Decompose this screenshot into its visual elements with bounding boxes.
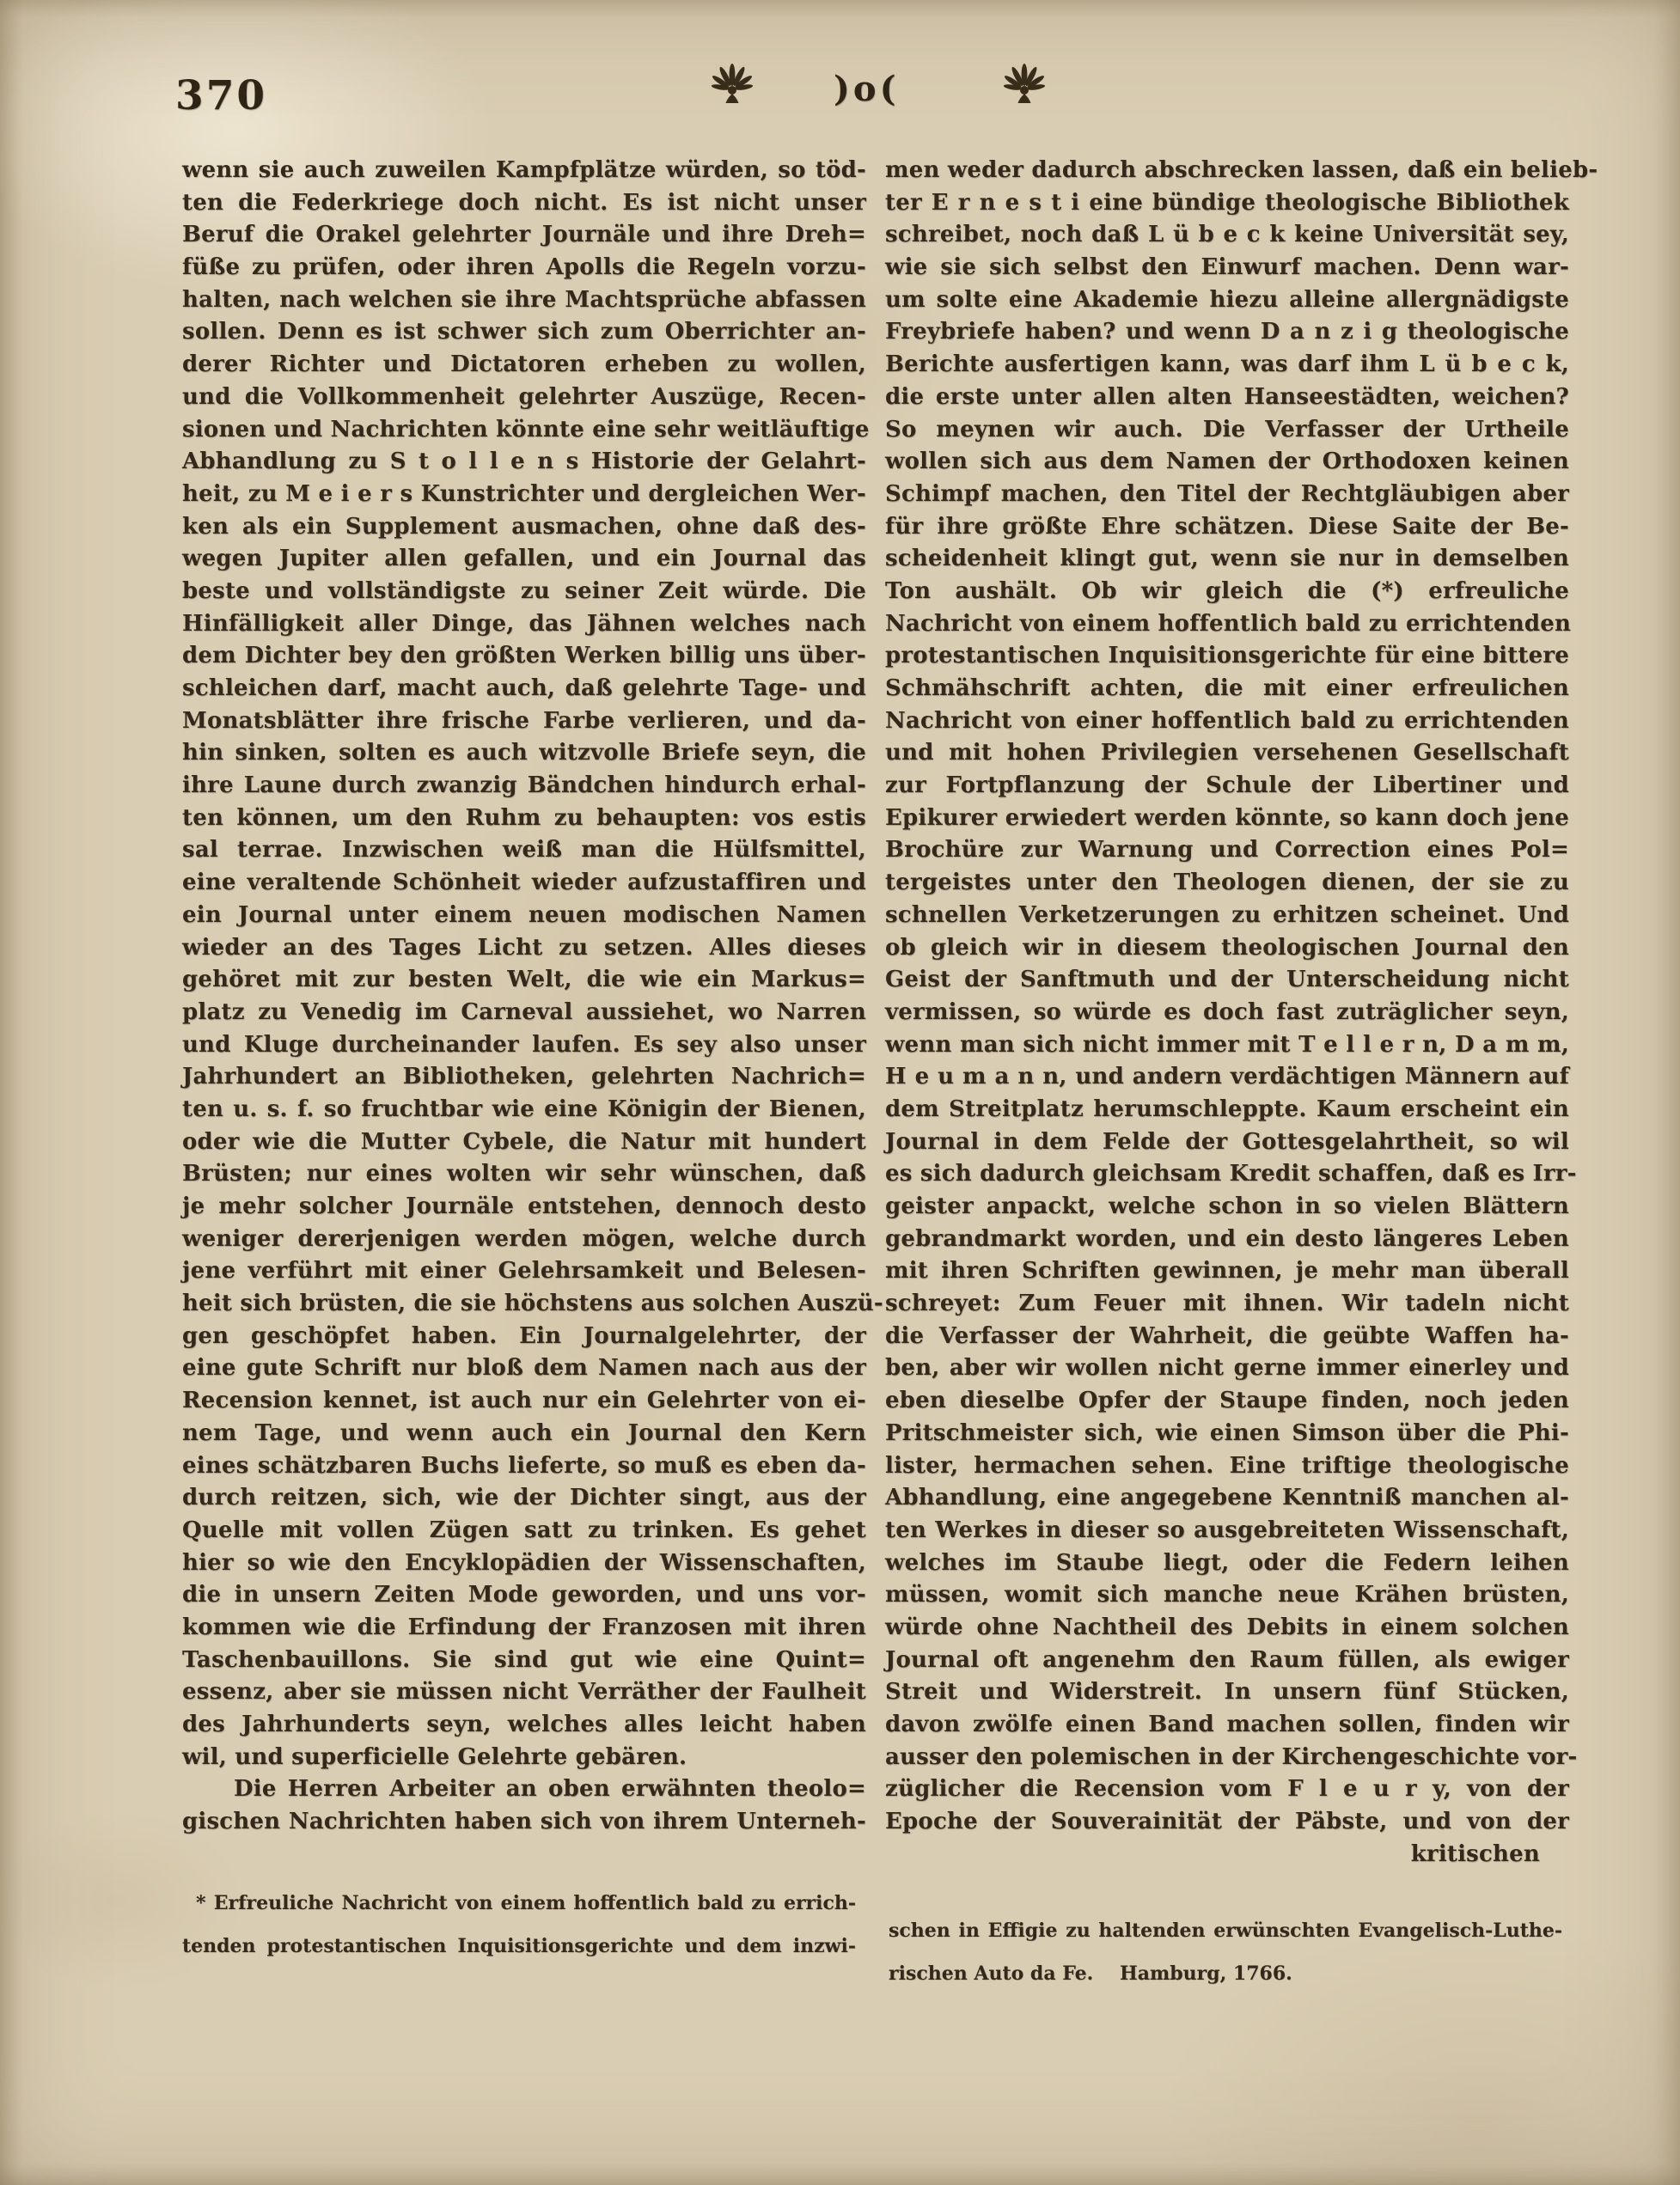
text-line: Hinfälligkeit aller Dinge, das Jähnen we… — [182, 608, 866, 641]
text-line: züglicher die Recension vom F l e u r y,… — [885, 1773, 1569, 1806]
text-line: würde ohne Nachtheil des Debits in einem… — [885, 1612, 1569, 1645]
text-line: kritischen — [885, 1839, 1569, 1871]
text-line: Jahrhundert an Bibliotheken, gelehrten N… — [182, 1061, 866, 1094]
text-line: für ihre größte Ehre schätzen. Diese Sai… — [885, 511, 1569, 544]
text-line: Berichte ausfertigen kann, was darf ihm … — [885, 349, 1569, 381]
text-line: eines schätzbaren Buchs lieferte, so muß… — [182, 1450, 866, 1483]
text-line: nem Tage, und wenn auch ein Journal den … — [182, 1418, 866, 1450]
text-line: Nachricht von einer hoffentlich bald zu … — [885, 705, 1569, 738]
text-line: die erste unter allen alten Hanseestädte… — [885, 381, 1569, 414]
text-line: zur Fortpflanzung der Schule der Liberti… — [885, 770, 1569, 803]
text-line: wenn sie auch zuweilen Kampfplätze würde… — [182, 155, 866, 187]
text-line: die in unsern Zeiten Mode geworden, und … — [182, 1579, 866, 1612]
text-line: ten Werkes in dieser so ausgebreiteten W… — [885, 1515, 1569, 1547]
shell-ornament-icon — [1002, 62, 1047, 107]
text-line: hin sinken, solten es auch witzvolle Bri… — [182, 737, 866, 770]
text-line: Epoche der Souverainität der Päbste, und… — [885, 1806, 1569, 1839]
footnote-left-column: * Erfreuliche Nachricht von einem hoffen… — [182, 1882, 856, 1968]
text-line: Geist der Sanftmuth und der Unterscheidu… — [885, 964, 1569, 997]
footnote-right-column: schen in Effigie zu haltenden erwünschte… — [889, 1909, 1562, 1995]
text-line: Brochüre zur Warnung und Correction eine… — [885, 834, 1569, 867]
text-line: die Verfasser der Wahrheit, die geübte W… — [885, 1321, 1569, 1353]
text-line: vermissen, so würde es doch fast zuträgl… — [885, 997, 1569, 1029]
text-line: ben, aber wir wollen nicht gerne immer e… — [885, 1352, 1569, 1385]
text-line: platz zu Venedig im Carneval aussiehet, … — [182, 997, 866, 1029]
text-line: welches im Staube liegt, oder die Federn… — [885, 1547, 1569, 1580]
text-line: geister anpackt, welche schon in so viel… — [885, 1191, 1569, 1224]
text-line: um solte eine Akademie hiezu alleine all… — [885, 284, 1569, 317]
text-line: ihre Laune durch zwanzig Bändchen hindur… — [182, 770, 866, 803]
text-line: wieder an des Tages Licht zu setzen. All… — [182, 932, 866, 965]
text-line: Ton aushält. Ob wir gleich die (*) erfre… — [885, 576, 1569, 608]
text-line: wie sie sich selbst den Einwurf machen. … — [885, 252, 1569, 284]
text-line: kommen wie die Erfindung der Franzosen m… — [182, 1612, 866, 1645]
header-divider-ornament: )o( — [834, 69, 900, 109]
shell-ornament-icon — [710, 62, 754, 107]
text-line: H e u m a n n, und andern verdächtigen M… — [885, 1061, 1569, 1094]
text-line: und die Vollkommenheit gelehrter Auszüge… — [182, 381, 866, 414]
text-line: Journal in dem Felde der Gottesgelahrthe… — [885, 1126, 1569, 1159]
text-line: halten, nach welchen sie ihre Machtsprüc… — [182, 284, 866, 317]
text-line: heit sich brüsten, die sie höchstens aus… — [182, 1288, 866, 1321]
text-line: gen geschöpfet haben. Ein Journalgelehrt… — [182, 1321, 866, 1353]
text-line: sollen. Denn es ist schwer sich zum Ober… — [182, 316, 866, 349]
text-line: ten die Federkriege doch nicht. Es ist n… — [182, 187, 866, 220]
text-line: Monatsblätter ihre frische Farbe verlier… — [182, 705, 866, 738]
text-line: eben dieselbe Opfer der Staupe finden, n… — [885, 1385, 1569, 1418]
text-line: und mit hohen Privilegien versehenen Ges… — [885, 737, 1569, 770]
text-line: lister, hermachen sehen. Eine triftige t… — [885, 1450, 1569, 1483]
text-line: wegen Jupiter allen gefallen, und ein Jo… — [182, 543, 866, 576]
text-line: füße zu prüfen, oder ihren Apolls die Re… — [182, 252, 866, 284]
text-line: hier so wie den Encyklopädien der Wissen… — [182, 1547, 866, 1580]
text-line: Quelle mit vollen Zügen satt zu trinken.… — [182, 1515, 866, 1547]
text-line: Recension kennet, ist auch nur ein Geleh… — [182, 1385, 866, 1418]
text-line: ten u. s. f. so fruchtbar wie eine König… — [182, 1094, 866, 1126]
text-line: protestantischen Inquisitionsgerichte fü… — [885, 640, 1569, 673]
text-line: Die Herren Arbeiter an oben erwähnten th… — [182, 1773, 866, 1806]
text-line: dem Dichter bey den größten Werken billi… — [182, 640, 866, 673]
text-line: Schimpf machen, den Titel der Rechtgläub… — [885, 479, 1569, 511]
text-line: Abhandlung, eine angegebene Kenntniß man… — [885, 1482, 1569, 1515]
text-line: gischen Nachrichten haben sich von ihrem… — [182, 1806, 866, 1839]
text-line: jene verführt mit einer Gelehrsamkeit un… — [182, 1255, 866, 1288]
text-line: mit ihren Schriften gewinnen, je mehr ma… — [885, 1255, 1569, 1288]
text-line: beste und vollständigste zu seiner Zeit … — [182, 576, 866, 608]
page-number: 370 — [175, 72, 267, 119]
text-line: Abhandlung zu S t o l l e n s Historie d… — [182, 446, 866, 479]
text-line: Schmähschrift achten, die mit einer erfr… — [885, 673, 1569, 705]
right-text-column: men weder dadurch abschrecken lassen, da… — [885, 155, 1569, 1871]
text-line: Streit und Widerstreit. In unsern fünf S… — [885, 1676, 1569, 1709]
text-line: * Erfreuliche Nachricht von einem hoffen… — [182, 1882, 856, 1925]
text-line: schreibet, noch daß L ü b e c k keine Un… — [885, 219, 1569, 252]
text-line: scheidenheit klingt gut, wenn sie nur in… — [885, 543, 1569, 576]
text-line: des Jahrhunderts seyn, welches alles lei… — [182, 1709, 866, 1742]
text-line: Beruf die Orakel gelehrter Journäle und … — [182, 219, 866, 252]
left-text-column: wenn sie auch zuweilen Kampfplätze würde… — [182, 155, 866, 1839]
text-line: schleichen darf, macht auch, daß gelehrt… — [182, 673, 866, 705]
text-line: gehöret mit zur besten Welt, die wie ein… — [182, 964, 866, 997]
text-line: dem Streitplatz herumschleppte. Kaum ers… — [885, 1094, 1569, 1126]
text-line: ten können, um den Ruhm zu behaupten: vo… — [182, 803, 866, 835]
text-line: Pritschmeister sich, wie einen Simson üb… — [885, 1418, 1569, 1450]
text-line: ausser den polemischen in der Kirchenges… — [885, 1742, 1569, 1774]
text-line: oder wie die Mutter Cybele, die Natur mi… — [182, 1126, 866, 1159]
text-line: Taschenbauillons. Sie sind gut wie eine … — [182, 1645, 866, 1677]
text-line: eine veraltende Schönheit wieder aufzust… — [182, 867, 866, 900]
text-line: Journal oft angenehm den Raum füllen, al… — [885, 1645, 1569, 1677]
text-line: So meynen wir auch. Die Verfasser der Ur… — [885, 414, 1569, 447]
text-line: und Kluge durcheinander laufen. Es sey a… — [182, 1029, 866, 1062]
text-line: sionen und Nachrichten könnte eine sehr … — [182, 414, 866, 447]
text-line: gebrandmarkt worden, und ein desto länge… — [885, 1224, 1569, 1256]
text-line: müssen, womit sich manche neue Krähen br… — [885, 1579, 1569, 1612]
text-line: davon zwölfe einen Band machen sollen, f… — [885, 1709, 1569, 1742]
text-line: ken als ein Supplement ausmachen, ohne d… — [182, 511, 866, 544]
text-line: rischen Auto da Fe. Hamburg, 1766. — [889, 1952, 1562, 1995]
text-line: wollen sich aus dem Namen der Orthodoxen… — [885, 446, 1569, 479]
text-line: Epikurer erwiedert werden könnte, so kan… — [885, 803, 1569, 835]
text-line: ob gleich wir in diesem theologischen Jo… — [885, 932, 1569, 965]
scanned-book-page: 370 )o( — [0, 0, 1680, 2185]
text-line: ter E r n e s t i eine bündige theologis… — [885, 187, 1569, 220]
text-line: derer Richter und Dictatoren erheben zu … — [182, 349, 866, 381]
text-line: wenn man sich nicht immer mit T e l l e … — [885, 1029, 1569, 1062]
text-line: men weder dadurch abschrecken lassen, da… — [885, 155, 1569, 187]
text-line: tergeistes unter den Theologen dienen, d… — [885, 867, 1569, 900]
text-line: eine gute Schrift nur bloß dem Namen nac… — [182, 1352, 866, 1385]
text-line: Freybriefe haben? und wenn D a n z i g t… — [885, 316, 1569, 349]
text-line: es sich dadurch gleichsam Kredit schaffe… — [885, 1158, 1569, 1191]
text-line: Brüsten; nur eines wolten wir sehr wünsc… — [182, 1158, 866, 1191]
text-line: weniger dererjenigen werden mögen, welch… — [182, 1224, 866, 1256]
text-line: schen in Effigie zu haltenden erwünschte… — [889, 1909, 1562, 1952]
text-line: durch reitzen, sich, wie der Dichter sin… — [182, 1482, 866, 1515]
text-line: essenz, aber sie müssen nicht Verräther … — [182, 1676, 866, 1709]
text-line: tenden protestantischen Inquisitionsgeri… — [182, 1925, 856, 1968]
text-line: heit, zu M e i e r s Kunstrichter und de… — [182, 479, 866, 511]
text-line: sal terrae. Inzwischen weiß man die Hülf… — [182, 834, 866, 867]
text-line: schnellen Verketzerungen zu erhitzen sch… — [885, 900, 1569, 932]
text-line: je mehr solcher Journäle entstehen, denn… — [182, 1191, 866, 1224]
text-line: schreyet: Zum Feuer mit ihnen. Wir tadel… — [885, 1288, 1569, 1321]
text-line: wil, und superficielle Gelehrte gebären. — [182, 1742, 866, 1774]
text-line: ein Journal unter einem neuen modischen … — [182, 900, 866, 932]
text-line: Nachricht von einem hoffentlich bald zu … — [885, 608, 1569, 641]
